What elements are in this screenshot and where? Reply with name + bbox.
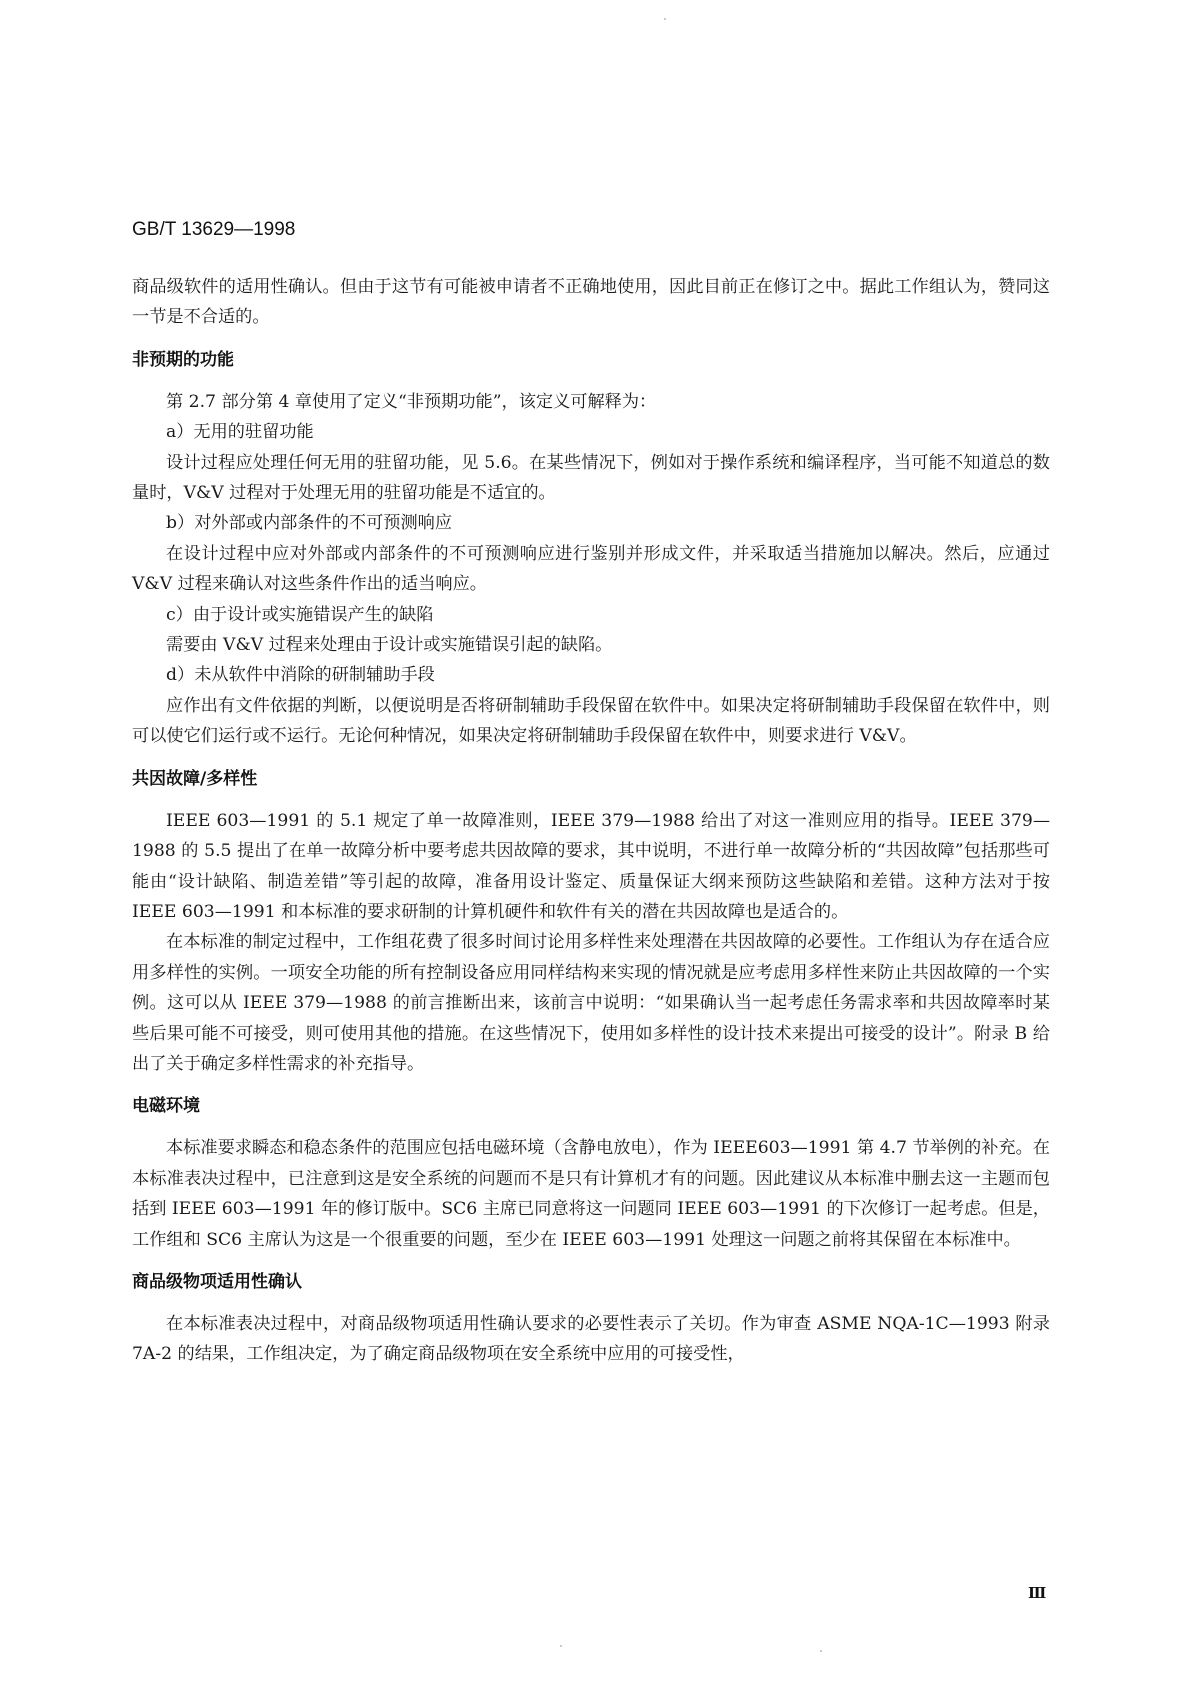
list-item-b: b）对外部或内部条件的不可预测响应 — [132, 508, 1050, 538]
list-item-c: c）由于设计或实施错误产生的缺陷 — [132, 600, 1050, 630]
document-body: 商品级软件的适用性确认。但由于这节有可能被申请者不正确地使用，因此目前正在修订之… — [132, 272, 1050, 1370]
paragraph: 商品级软件的适用性确认。但由于这节有可能被申请者不正确地使用，因此目前正在修订之… — [132, 272, 1050, 333]
list-item-a: a）无用的驻留功能 — [132, 417, 1050, 447]
paragraph: 在本标准的制定过程中，工作组花费了很多时间讨论用多样性来处理潜在共因故障的必要性… — [132, 927, 1050, 1079]
section-heading-electromagnetic-environment: 电磁环境 — [132, 1091, 1050, 1121]
standard-code-header: GB/T 13629—1998 — [132, 219, 295, 241]
paragraph: 应作出有文件依据的判断，以便说明是否将研制辅助手段保留在软件中。如果决定将研制辅… — [132, 691, 1050, 752]
paragraph: 需要由 V&V 过程来处理由于设计或实施错误引起的缺陷。 — [132, 630, 1050, 660]
scan-speck — [664, 18, 666, 20]
section-heading-unintended-functions: 非预期的功能 — [132, 345, 1050, 375]
paragraph: 在设计过程中应对外部或内部条件的不可预测响应进行鉴别并形成文件，并采取适当措施加… — [132, 539, 1050, 600]
paragraph: IEEE 603—1991 的 5.1 规定了单一故障准则，IEEE 379—1… — [132, 806, 1050, 928]
section-heading-common-cause-failure: 共因故障/多样性 — [132, 764, 1050, 794]
list-item-d: d）未从软件中消除的研制辅助手段 — [132, 660, 1050, 690]
section-heading-commercial-grade-dedication: 商品级物项适用性确认 — [132, 1267, 1050, 1297]
paragraph: 在本标准表决过程中，对商品级物项适用性确认要求的必要性表示了关切。作为审查 AS… — [132, 1309, 1050, 1370]
paragraph: 本标准要求瞬态和稳态条件的范围应包括电磁环境（含静电放电），作为 IEEE603… — [132, 1133, 1050, 1255]
paragraph: 第 2.7 部分第 4 章使用了定义“非预期功能”，该定义可解释为： — [132, 387, 1050, 417]
scan-speck — [560, 1645, 562, 1647]
paragraph: 设计过程应处理任何无用的驻留功能，见 5.6。在某些情况下，例如对于操作系统和编… — [132, 448, 1050, 509]
page-number: Ⅲ — [1028, 1584, 1046, 1602]
scan-speck — [820, 1650, 822, 1652]
document-page: GB/T 13629—1998 商品级软件的适用性确认。但由于这节有可能被申请者… — [0, 0, 1191, 1684]
